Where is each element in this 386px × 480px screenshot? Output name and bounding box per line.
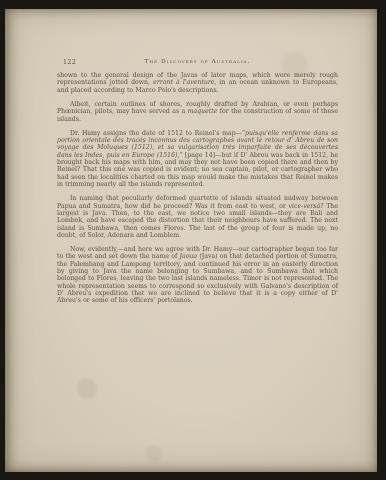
text-block: shown to the general design of the Javas… [57,72,338,305]
italic-text-run: errant à l'aventure, [153,79,216,86]
paragraph: Dr. Hamy assigns the date of 1512 to Rei… [57,130,338,189]
italic-text-run: maquette [188,108,218,115]
paragraph: Now, evidently,—and here we agree with D… [57,246,338,305]
page-number: 122 [63,59,76,66]
italic-text-run: vice-versâ? [289,203,324,210]
book-page: 122 The Discovery of Australia. shown to… [5,9,377,472]
italic-text-run: Jaoua [180,253,198,260]
running-title: The Discovery of Australia. [57,59,338,65]
paragraph: In naming that peculiarly deformed quart… [57,195,338,239]
text-run: Dr. Hamy assigns the date of 1512 to Rei… [70,130,242,137]
page-content: 122 The Discovery of Australia. shown to… [57,59,338,312]
text-run: (Java) on that detached portion of Sumat… [57,253,338,304]
scanned-book-photo: 122 The Discovery of Australia. shown to… [0,0,386,480]
paragraph: shown to the general design of the Javas… [57,72,338,94]
paragraph: Albeit, certain outlines of shores, roug… [57,101,338,123]
page-header: 122 The Discovery of Australia. [57,59,338,68]
